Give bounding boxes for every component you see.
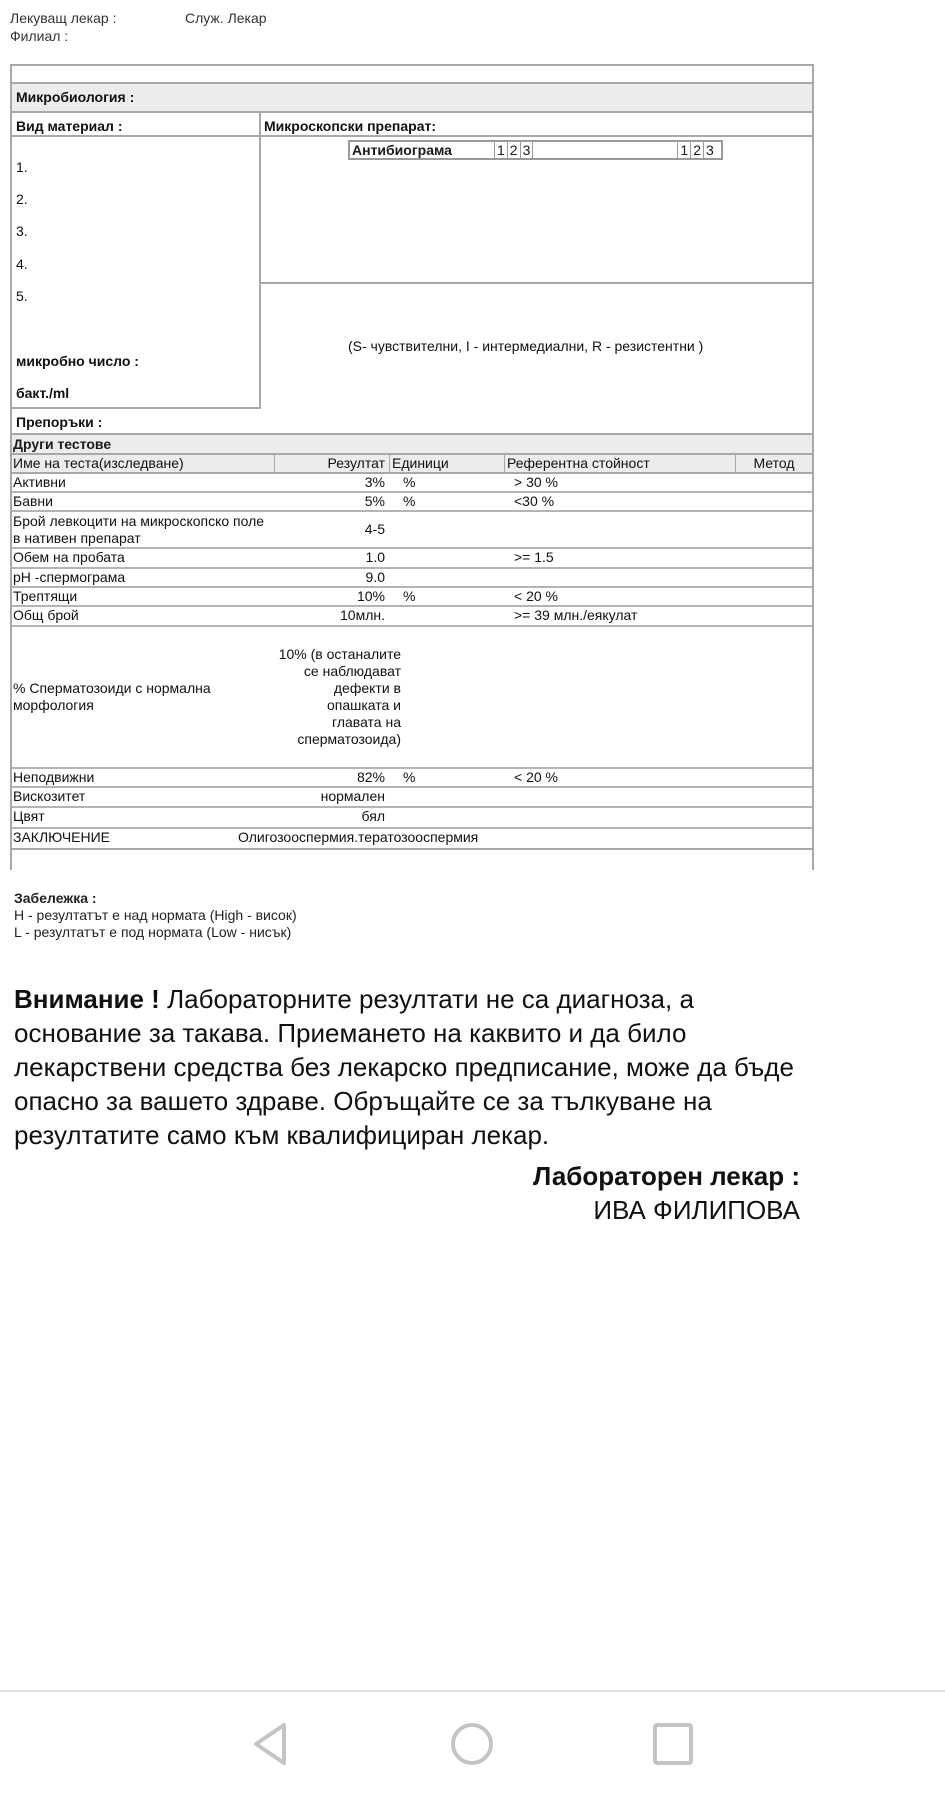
table-row: Общ брой10млн.>= 39 млн./еякулат [12, 607, 812, 627]
signer-block: Лабораторен лекар : ИВА ФИЛИПОВА [300, 1159, 800, 1227]
material-item-4: 4. [16, 256, 28, 273]
test-name: Вискозитет [12, 788, 274, 806]
test-name: Цвят [12, 808, 274, 827]
material-item-2: 2. [16, 191, 28, 208]
test-result: 9.0 [274, 569, 389, 586]
test-method [735, 769, 812, 786]
material-item-3: 3. [16, 223, 28, 240]
test-method [735, 549, 812, 567]
test-units: % [389, 474, 504, 491]
table-row: Обем на пробата1.0>= 1.5 [12, 549, 812, 569]
test-units: % [389, 769, 504, 786]
table-row: Вискозитетнормален [12, 788, 812, 808]
recents-icon [651, 1722, 695, 1766]
antibiogram-col: 2 [508, 142, 521, 158]
test-reference [492, 627, 723, 767]
test-result: 3% [274, 474, 389, 491]
recents-button[interactable] [651, 1722, 695, 1766]
test-units [389, 512, 504, 547]
test-result: 10% [274, 588, 389, 605]
test-reference [504, 512, 735, 547]
test-reference: > 30 % [504, 474, 735, 491]
col-reference-header: Референтна стойност [504, 455, 735, 472]
test-method [723, 627, 800, 767]
test-reference: >= 39 млн./еякулат [504, 607, 735, 625]
test-name: Брой левкоцити на микроскопско поле в на… [12, 512, 274, 547]
divider [12, 407, 261, 409]
test-method [735, 474, 812, 491]
antibiogram-table: Антибиограма 1 2 3 1 2 3 [348, 140, 723, 160]
test-units [389, 569, 504, 586]
test-reference [504, 569, 735, 586]
test-result: 10% (в останалите се наблюдават дефекти … [274, 627, 401, 767]
antibiogram-legend: (S- чувствителни, I - интермедиални, R -… [348, 338, 703, 355]
test-method [735, 588, 812, 605]
table-header: Име на теста(изследване) Резултат Единиц… [12, 455, 812, 474]
test-name: Трептящи [12, 588, 274, 605]
navigation-bar [0, 1690, 945, 1793]
test-result: бял [274, 808, 389, 827]
microbial-count-label: микробно число : [16, 353, 139, 370]
units-label: бакт./ml [16, 385, 69, 402]
table-row: % Сперматозоиди с нормална морфология10%… [12, 627, 812, 769]
notes-title: Забележка : [14, 890, 297, 907]
test-name: Бавни [12, 493, 274, 510]
microbiology-title-bar: Микробиология : [12, 84, 812, 111]
antibiogram-spacer [533, 142, 678, 158]
test-result: 1.0 [274, 549, 389, 567]
table-row: pH -спермограма9.0 [12, 569, 812, 588]
test-method [735, 569, 812, 586]
test-method [735, 607, 812, 625]
col-method-header: Метод [735, 455, 812, 472]
branch-label: Филиал : [10, 28, 68, 45]
col-units-header: Единици [389, 455, 504, 472]
material-item-1: 1. [16, 159, 28, 176]
recommendations-label: Препоръки : [16, 414, 102, 431]
test-result: нормален [274, 788, 389, 806]
warning-title: Внимание ! [14, 984, 160, 1014]
divider [259, 111, 261, 409]
test-method [735, 512, 812, 547]
test-units: % [389, 493, 504, 510]
table-row: Неподвижни82%%< 20 % [12, 769, 812, 788]
home-button[interactable] [450, 1722, 494, 1766]
table-row: Трептящи10%%< 20 % [12, 588, 812, 607]
table-row: Активни3%%> 30 % [12, 474, 812, 493]
signer-label: Лабораторен лекар : [300, 1159, 800, 1193]
divider [12, 111, 812, 113]
col-name-header: Име на теста(изследване) [12, 455, 274, 472]
table-row: Цвятбял [12, 808, 812, 827]
test-name: Общ брой [12, 607, 274, 625]
test-units [389, 607, 504, 625]
test-result: 82% [274, 769, 389, 786]
test-units [389, 788, 504, 806]
back-icon [250, 1722, 290, 1766]
conclusion-value: Олигозооспермия.тератозооспермия [238, 829, 478, 848]
test-method [735, 788, 812, 806]
other-tests-title: Други тестове [12, 435, 812, 455]
col-result-header: Резултат [274, 455, 389, 472]
divider [12, 135, 812, 137]
antibiogram-col: 2 [691, 142, 704, 158]
signer-name: ИВА ФИЛИПОВА [300, 1193, 800, 1227]
test-reference: <30 % [504, 493, 735, 510]
test-name: Обем на пробата [12, 549, 274, 567]
doctor-label: Лекуващ лекар : [10, 10, 116, 27]
table-row: Брой левкоцити на микроскопско поле в на… [12, 512, 812, 549]
test-result: 10млн. [274, 607, 389, 625]
other-tests-table: Други тестове Име на теста(изследване) Р… [10, 433, 814, 850]
antibiogram-label: Антибиограма [350, 142, 495, 158]
material-item-5: 5. [16, 288, 28, 305]
test-name: Неподвижни [12, 769, 274, 786]
test-name: % Сперматозоиди с нормална морфология [12, 627, 274, 767]
home-icon [450, 1722, 494, 1766]
antibiogram-col: 3 [704, 142, 716, 158]
test-units: % [389, 588, 504, 605]
note-low: L - резултатът е под нормата (Low - нисъ… [14, 924, 297, 941]
conclusion-row: ЗАКЛЮЧЕНИЕ Олигозооспермия.тератозооспер… [12, 827, 812, 848]
table-row: Бавни5%%<30 % [12, 493, 812, 512]
test-reference: < 20 % [504, 769, 735, 786]
antibiogram-col: 3 [521, 142, 534, 158]
test-reference [504, 808, 735, 827]
test-reference: < 20 % [504, 588, 735, 605]
test-units [389, 808, 504, 827]
test-units [389, 627, 492, 767]
test-reference [504, 788, 735, 806]
test-result: 4-5 [274, 512, 389, 547]
antibiogram-col: 1 [495, 142, 508, 158]
material-label: Вид материал : [16, 118, 122, 135]
note-high: H - резултатът е над нормата (High - вис… [14, 907, 297, 924]
test-method [735, 808, 812, 827]
table-body: Активни3%%> 30 %Бавни5%%<30 %Брой левкоц… [12, 474, 812, 827]
notes-block: Забележка : H - резултатът е над нормата… [14, 890, 297, 941]
doctor-value: Служ. Лекар [185, 10, 267, 27]
test-units [389, 549, 504, 567]
warning-paragraph: Внимание ! Лабораторните резултати не са… [14, 982, 804, 1152]
test-reference: >= 1.5 [504, 549, 735, 567]
microbiology-title: Микробиология : [16, 89, 134, 106]
antibiogram-col: 1 [678, 142, 691, 158]
back-button[interactable] [248, 1722, 292, 1766]
test-name: pH -спермограма [12, 569, 274, 586]
test-method [735, 493, 812, 510]
divider [259, 282, 812, 284]
microscopy-label: Микроскопски препарат: [264, 118, 436, 135]
test-name: Активни [12, 474, 274, 491]
conclusion-label: ЗАКЛЮЧЕНИЕ [12, 829, 238, 848]
test-result: 5% [274, 493, 389, 510]
